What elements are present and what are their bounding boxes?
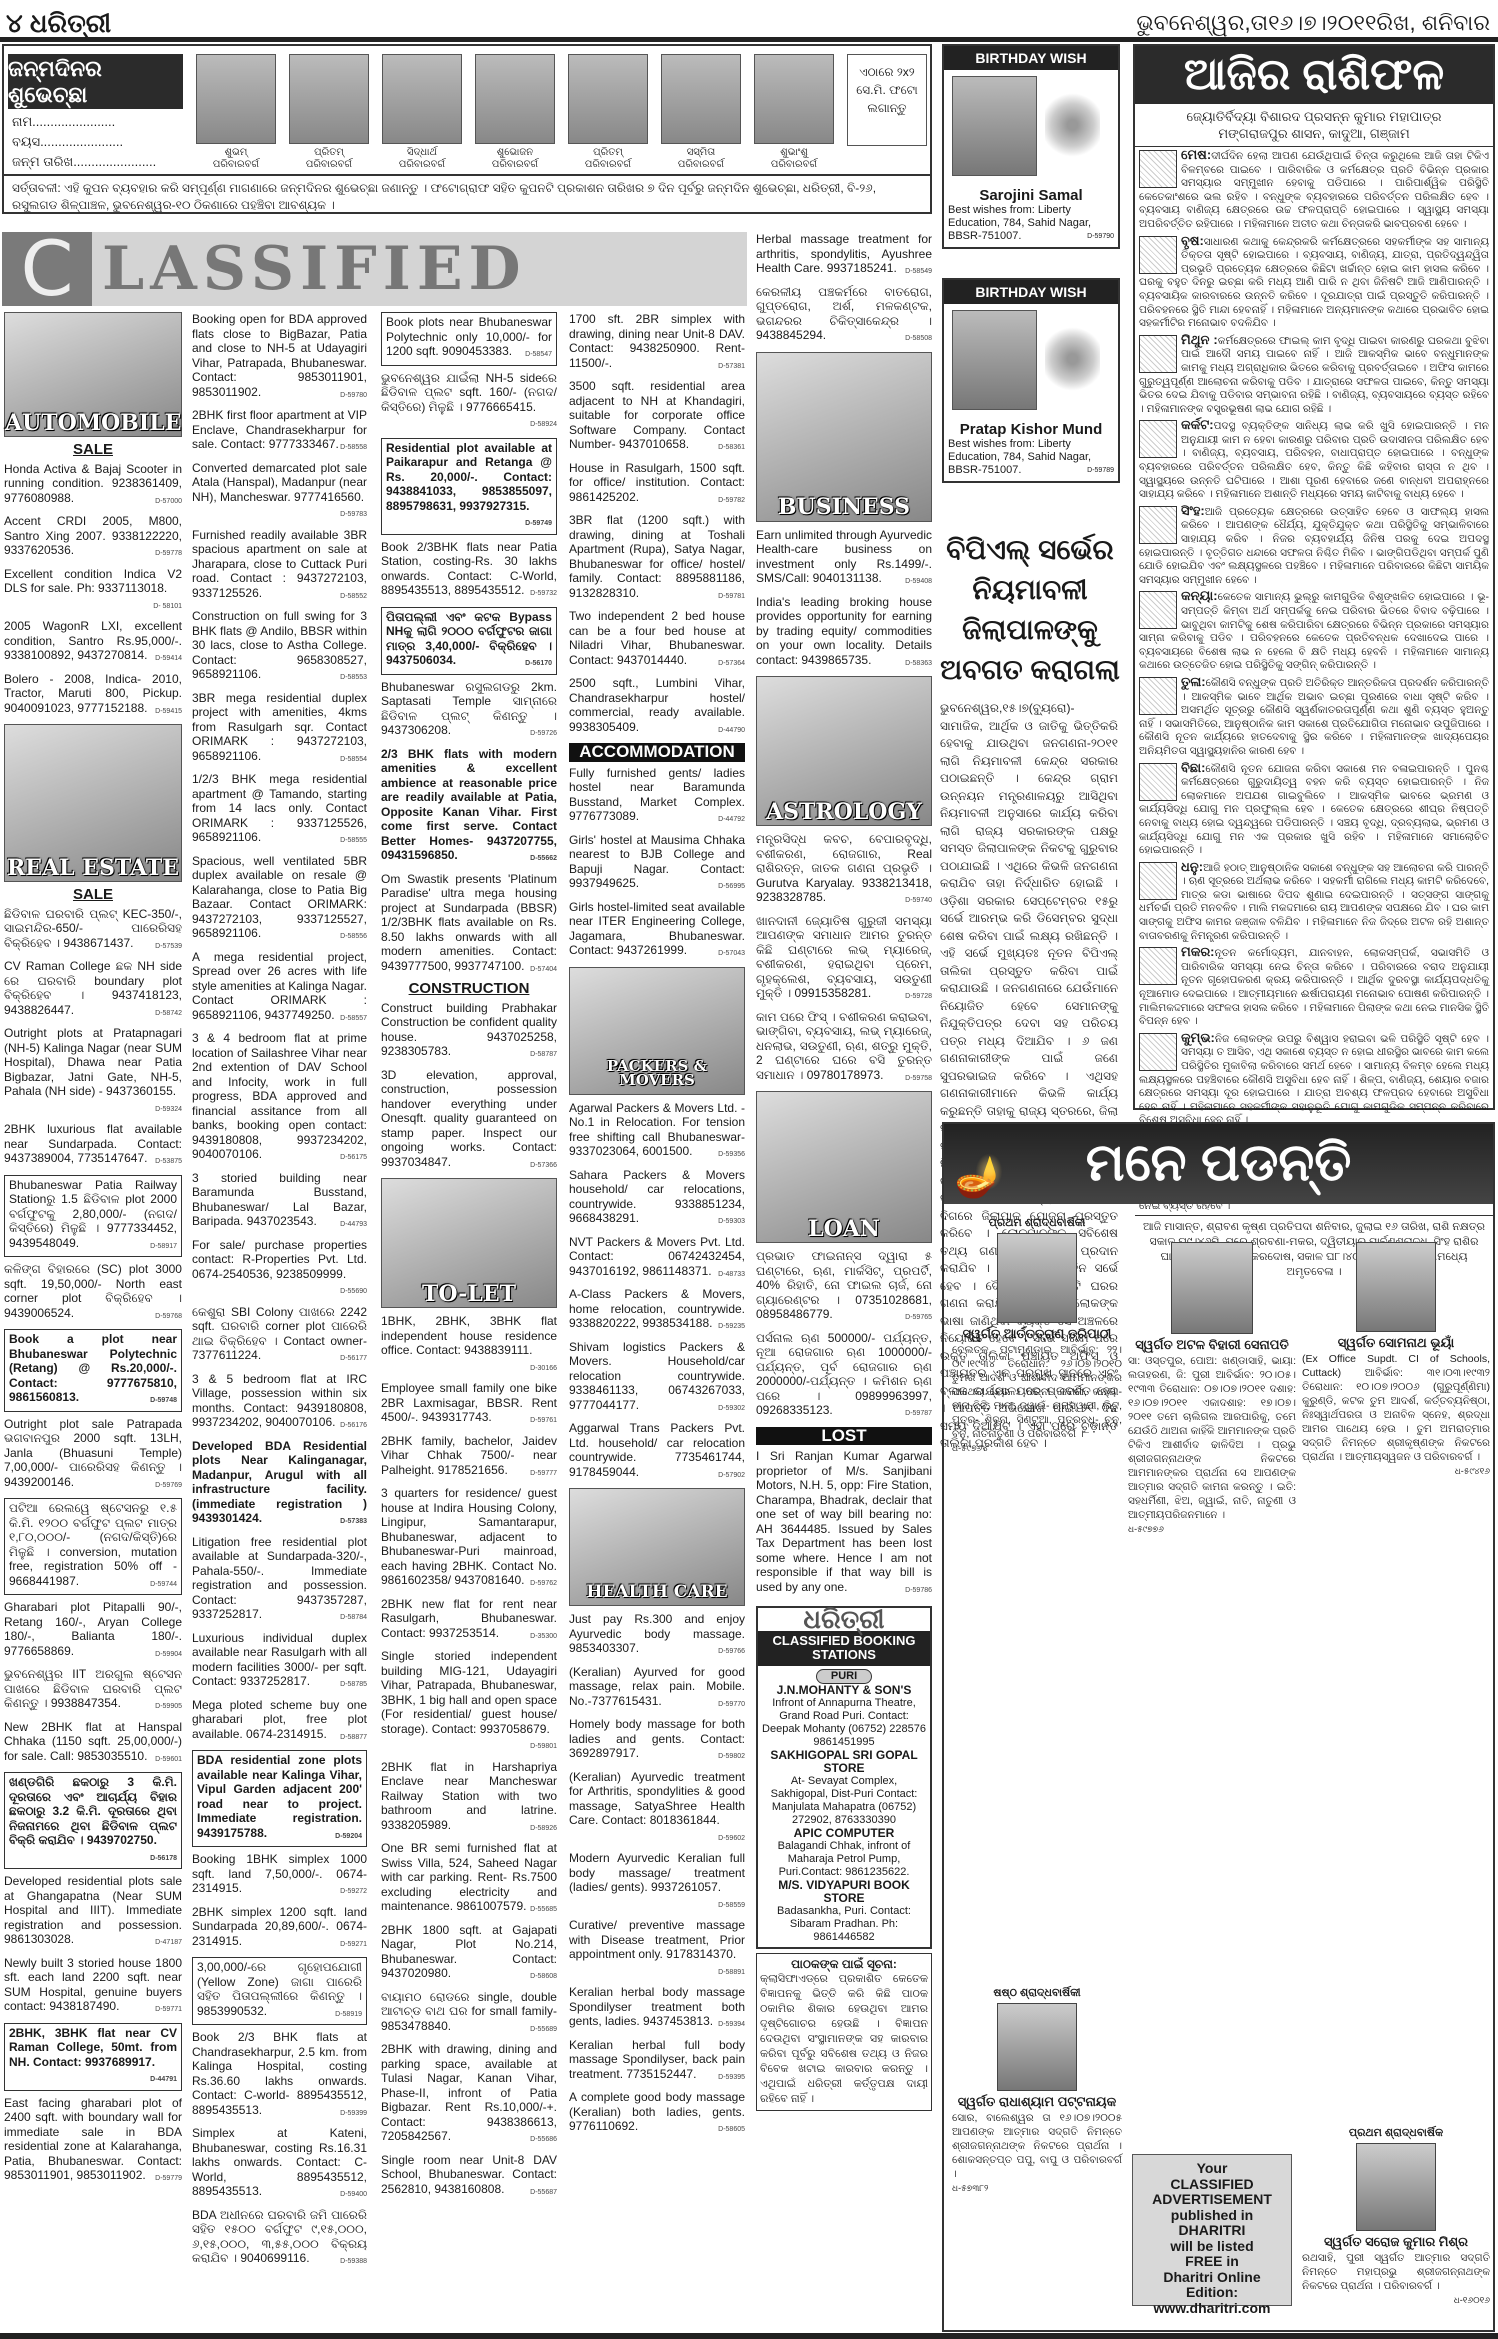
classified-ad: ପଟିଆ ରେଲୱେ ଷ୍ଟେସନରୁ ୧.୫ କି.ମି. ୧୨୦୦ ବର୍ଗ… xyxy=(4,1498,182,1595)
ad-text: Residential plot available at Paikarapur… xyxy=(386,441,552,513)
ad-code: D-59271 xyxy=(340,1938,367,1953)
classified-ad: Keralian herbal body massage Spondilyser… xyxy=(569,1985,745,2033)
ad-text: Curative/ preventive massage with Diseas… xyxy=(569,1918,745,1961)
ad-code: D-58557 xyxy=(340,1012,367,1027)
booking-stations: ଧରିତ୍ରୀ CLASSIFIED BOOKING STATIONS PURI… xyxy=(756,1606,932,1949)
classified-ad: Just pay Rs.300 and enjoy Ayurvedic body… xyxy=(569,1612,745,1660)
memorial-photo xyxy=(1356,1242,1436,1332)
classified-ad: India's leading broking house provides o… xyxy=(756,595,932,672)
kid-photo-img xyxy=(568,54,648,144)
classified-ad: ଭୁବନେଶ୍ୱର ଯାଇଁଲା NH-5 sideରେ ଛିଡିବାଳ ପ୍ଲ… xyxy=(381,371,557,433)
classified-ad: Homely body massage for both ladies and … xyxy=(569,1717,745,1765)
ad-code: D-55686 xyxy=(530,2133,557,2148)
classified-ad: 2BHK with drawing, dining and parking sp… xyxy=(381,2042,557,2148)
classified-ad: Single room near Unit-8 DAV School, Bhub… xyxy=(381,2153,557,2201)
ad-code: D-56175 xyxy=(340,1151,367,1166)
kid-photo-img xyxy=(754,54,834,144)
station-name: M/S. VIDYAPURI BOOK STORE xyxy=(761,1879,927,1905)
ad-code: D-56178 xyxy=(150,1852,177,1867)
classified-ad: One BR semi furnished flat at Swiss Vill… xyxy=(381,1841,557,1918)
banner-initial: C xyxy=(2,232,92,306)
classified-ad: (Keralian) Ayurvedic treatment for Arthr… xyxy=(569,1770,745,1847)
taurus-icon xyxy=(1139,236,1177,274)
ad-text: 3 & 4 bedroom flat at prime location of … xyxy=(192,1031,367,1161)
ad-code: D-55689 xyxy=(530,2023,557,2038)
kid-photo: ଶୁଭୋଜନପରିବାରବର୍ଗ xyxy=(475,54,555,171)
ad-code: D-35300 xyxy=(530,1630,557,1645)
ad-code: D-59905 xyxy=(155,1700,182,1715)
kid-photo-img xyxy=(475,54,555,144)
classified-ad: 3 quarters for residence/ guest house at… xyxy=(381,1486,557,1592)
ad-code: D-59732 xyxy=(530,587,557,602)
horoscope-sign: ତୁଳା:କୌଣସି ବନ୍ଧୁଙ୍କ ପ୍ରତି ଅତିରିକ୍ତ ଆନ୍ତର… xyxy=(1135,674,1493,760)
horoscope-sign: ବିଛା:କୌଣସି ନୂତନ ଯୋଜନା କରିବା ସକାଶେ ମନ ବଳା… xyxy=(1135,760,1493,859)
ad-code: D-59777 xyxy=(530,1467,557,1482)
ad-code: D-55690 xyxy=(340,1285,367,1300)
ad-code: D-58558 xyxy=(340,441,367,456)
promo-line: published in xyxy=(1133,2208,1291,2224)
column-accommodation: 1700 sft. 2BR simplex with drawing, dini… xyxy=(569,312,745,2143)
ad-code: D-59740 xyxy=(905,894,932,909)
ad-text: ଭୁବନେଶ୍ୱର ଯାଇଁଲା NH-5 sideରେ ଛିଡିବାଳ ପ୍ଲ… xyxy=(381,371,557,414)
kid-photo: ଶୁଭାଂଶୁପରିବାରବର୍ଗ xyxy=(754,54,834,171)
memorial-photo xyxy=(997,2003,1077,2091)
ad-code: D-59765 xyxy=(905,1311,932,1326)
classified-ad: ଭୁବନେଶ୍ୱର IIT ଅରଗୁଲ ଷ୍ଟେସନ ପାଖରେ ଛିଡିବାଳ… xyxy=(4,1667,182,1715)
ad-code: D-59395 xyxy=(718,2071,745,2086)
ad-code: D-58877 xyxy=(340,1731,367,1746)
birthday-coupon: ଜନ୍ମଦିନର ଶୁଭେଚ୍ଛା ନାମ...................… xyxy=(2,44,932,214)
ad-text: 2/3 BHK flats with modern amenities & ex… xyxy=(381,747,557,863)
horoscope-sign: ସିଂହ:ଆଜି ପ୍ରତ୍ୟେକ କ୍ଷେତ୍ରରେ ଉତ୍ସାହିତ ହେବ… xyxy=(1135,503,1493,589)
news-headline: ବିପିଏଲ୍ ସର୍ଭେର ନିୟମାବଳୀ ଜିଲାପାଳଙ୍କୁ ଅବଗତ… xyxy=(940,530,1120,690)
ad-code: D-55687 xyxy=(530,2186,557,2201)
classified-ad: Modern Ayurvedic Keralian full body mass… xyxy=(569,1851,745,1913)
ad-code: D-30166 xyxy=(530,1362,557,1377)
classified-ad: Bolero - 2008, Indica- 2010, Tractor, Ma… xyxy=(4,672,182,720)
ad-code: D-59394 xyxy=(718,2018,745,2033)
ad-code: D-59749 xyxy=(525,517,552,532)
classified-ad: A mega residential project, Spread over … xyxy=(192,950,367,1027)
online-edition-promo: YourCLASSIFIEDADVERTISEMENTpublished inD… xyxy=(1132,2154,1292,2306)
ad-code: D-59204 xyxy=(335,1830,362,1845)
ad-text: Outright plots at Pratapnagari (NH-5) Ka… xyxy=(4,1026,182,1098)
promo-line[interactable]: www.dharitri.com xyxy=(1133,2301,1291,2317)
astrologer-name: ଜ୍ୟୋତିର୍ବିଦ୍ୟା ବିଶାରଦ ପ୍ରସନ୍ନ କୁମାର ମହାପ… xyxy=(1135,108,1493,125)
ad-code: D-58553 xyxy=(340,671,367,686)
memorial-card: ସ୍ୱର୍ଗତ ସୋମନାଥ ଭୂୟାଁ (Ex Office Supdt. C… xyxy=(1302,1242,1490,1478)
station-name: APIC COMPUTER xyxy=(761,1827,927,1840)
ad-text: ଖାନଦାନୀ ଜ୍ୟୋତିଷ ଗୁରୁଜୀ ସମସ୍ୟା ଆପଣଙ୍କ ସମା… xyxy=(756,914,932,1001)
ad-code: D-58787 xyxy=(530,1048,557,1063)
section-heading-construction: CONSTRUCTION xyxy=(381,982,557,997)
ad-code: D-58784 xyxy=(340,1611,367,1626)
ad-code: D-58361 xyxy=(718,441,745,456)
ad-code: D-59769 xyxy=(155,1479,182,1494)
classified-ad: Litigation free residential plot availab… xyxy=(192,1535,367,1626)
horoscope-sign: କୁମ୍ଭ:ନିଜ ଲୋକଙ୍କ ଉପରୁ ବିଶ୍ୱାସ ହରାଇବା ଭଳି… xyxy=(1135,1030,1493,1129)
station-name: SAKHIGOPAL SRI GOPAL STORE xyxy=(761,1749,927,1775)
ad-code: D-59904 xyxy=(155,1648,182,1663)
classified-ad: Outright plots at Pratapnagari (NH-5) Ka… xyxy=(4,1026,182,1117)
ad-code: D-59782 xyxy=(718,494,745,509)
classified-ad: କଳିଙ୍ଗ ବିହାରରେ (SC) plot 3000 sqft. 19,5… xyxy=(4,1262,182,1324)
section-heading-sale: SALE xyxy=(4,443,182,458)
ad-code: D-58554 xyxy=(340,753,367,768)
classified-ad: Mega ploted scheme buy one gharabari plo… xyxy=(192,1698,367,1746)
horoscope-sign: ବୃଷ:ସାଧାରଣ କଥାକୁ କେନ୍ଦ୍ରକରି କର୍ମକ୍ଷେତ୍ରର… xyxy=(1135,233,1493,332)
ad-code: D-55685 xyxy=(530,1903,557,1918)
ad-code: D-58926 xyxy=(530,1822,557,1837)
ad-code: D-59761 xyxy=(530,1414,557,1429)
ad-text: Spacious, well ventilated 5BR duplex ava… xyxy=(192,854,367,941)
classified-ad: Honda Activa & Bajaj Scooter in running … xyxy=(4,462,182,510)
ad-code: D-47187 xyxy=(155,1936,182,1951)
to-let-image: TO-LET xyxy=(381,1178,557,1308)
coupon-title: ଜନ୍ମଦିନର ଶୁଭେଚ୍ଛା xyxy=(8,54,183,109)
kid-photo: ସସ୍ମିତାପରିବାରବର୍ଗ xyxy=(661,54,741,171)
classified-ad: 1700 sft. 2BR simplex with drawing, dini… xyxy=(569,312,745,374)
ad-text: ଖଣ୍ଡଗିରି ଛକଠାରୁ 3 କି.ମି. ଦୂରତାରେ ଏବଂ ଆଚା… xyxy=(9,1775,177,1847)
classified-ad: Excellent condition Indica V2 DLS for sa… xyxy=(4,567,182,615)
promo-line: ADVERTISEMENT xyxy=(1133,2192,1291,2208)
classified-ad: Developed BDA Residential plots Near Kal… xyxy=(192,1439,367,1530)
ad-code: D-59400 xyxy=(340,2188,367,2203)
packers-movers-image: PACKERS & MOVERS xyxy=(569,967,745,1095)
column-automobile-realestate: AUTOMOBILE SALE Honda Activa & Bajaj Sco… xyxy=(4,312,182,2192)
portrait-photo xyxy=(952,310,1037,410)
ad-code: D-59781 xyxy=(718,590,745,605)
aries-icon xyxy=(1139,150,1177,188)
ad-code: D-58549 xyxy=(905,265,932,280)
age-field: ବୟସ....................... xyxy=(12,134,123,150)
classified-ad: 1BHK, 2BHK, 3BHK flat independent house … xyxy=(381,1314,557,1376)
classified-ad: ମନ୍ତ୍ରସିଦ୍ଧ କବଚ, ବେପାରବୃଦ୍ଧି, ବଶୀକରଣ, ରୋ… xyxy=(756,832,932,909)
ad-code: D-57043 xyxy=(718,947,745,962)
kid-photo: ସିଦ୍ଧାର୍ଥପରିବାରବର୍ଗ xyxy=(382,54,462,171)
ad-text: Developed BDA Residential plots Near Kal… xyxy=(192,1439,367,1526)
ad-code: D-59758 xyxy=(905,1072,932,1087)
ad-text: 1BHK, 2BHK, 3BHK flat independent house … xyxy=(381,1314,557,1357)
classified-ad: Bhubaneswar ରସୁଲଗଡରୁ 2km. Saptasati Temp… xyxy=(381,680,557,742)
ad-code: D-59388 xyxy=(340,2255,367,2270)
photo-slot: ଏଠାରେ ୨x୨ ସେ.ମି. ଫଟୋ ଲଗାନ୍ତୁ xyxy=(847,54,927,146)
obituary-banner: 🪔 ମନେ ପଡନ୍ତି xyxy=(944,1124,1493,1204)
ad-code: D-57902 xyxy=(718,1469,745,1484)
gemini-icon xyxy=(1139,335,1177,373)
ad-code: D-58556 xyxy=(340,930,367,945)
ad-text: (Keralian) Ayurvedic treatment for Arthr… xyxy=(569,1770,745,1828)
classified-ad: Book 2/3BHK flats near Patia Station, co… xyxy=(381,540,557,602)
classified-ad: 1/2/3 BHK mega residential apartment @ T… xyxy=(192,772,367,849)
ad-code: D-58917 xyxy=(150,1240,177,1255)
promo-line: DHARITRI xyxy=(1133,2223,1291,2239)
classified-ad: Herbal massage treatment for arthritis, … xyxy=(756,232,932,280)
kid-photo: ପ୍ରିତମ୍ପରିବାରବର୍ଗ xyxy=(568,54,648,171)
classified-ad: Luxurious individual duplex available ne… xyxy=(192,1631,367,1693)
memorial-photo xyxy=(1356,2143,1436,2231)
header-rule xyxy=(0,37,1498,42)
ad-code: D-59399 xyxy=(340,2107,367,2122)
classified-ad: Agarwal Packers & Movers Ltd. - No.1 in … xyxy=(569,1101,745,1163)
ad-code: D-58919 xyxy=(335,2008,362,2023)
classified-ad: A complete good body massage (Keralian) … xyxy=(569,2090,745,2138)
classified-ad: 2BHK, 3BHK flat near CV Raman College, 5… xyxy=(4,2023,182,2091)
ad-code: D-59324 xyxy=(155,1103,182,1118)
classified-ad: A-Class Packers & Movers, home relocatio… xyxy=(569,1287,745,1335)
ad-code: D-59802 xyxy=(718,1750,745,1765)
classified-ad: BDA ଅଧୀନରେ ଘରବାରି ଜମି ପାରେରି ସହିତ ୧୫୦୦ ବ… xyxy=(192,2208,367,2270)
memorial-card: ପ୍ରଥମ ଶ୍ରାଦ୍ଧବାର୍ଷିକୀ ସ୍ୱର୍ଗତ ଆର୍ତ୍ତତ୍ରା… xyxy=(952,1216,1122,1455)
ad-code: D-57383 xyxy=(340,1515,367,1530)
classified-ad: Earn unlimited through Ayurvedic Health-… xyxy=(756,528,932,590)
ad-code: D-59744 xyxy=(150,1578,177,1593)
classified-ad: Fully furnished gents/ ladies hostel nea… xyxy=(569,766,745,828)
ad-code: D- 58101 xyxy=(153,600,182,615)
classified-ad: Girls hostel-limited seat available near… xyxy=(569,900,745,962)
ad-code: D-57000 xyxy=(155,495,182,510)
ad-text: 3 quarters for residence/ guest house at… xyxy=(381,1486,557,1587)
ad-text: ପଟିଆ ରେଲୱେ ଷ୍ଟେସନରୁ ୧.୫ କି.ମି. ୧୨୦୦ ବର୍ଗ… xyxy=(9,1501,177,1588)
capricorn-icon xyxy=(1139,947,1177,985)
ad-code: D-57381 xyxy=(718,360,745,375)
classified-ad: 2005 WagonR LXI, excellent condition, Sa… xyxy=(4,619,182,667)
ad-code: D-57366 xyxy=(530,1159,557,1174)
classified-ad: Booking open for BDA approved flats clos… xyxy=(192,312,367,403)
classified-ad: Curative/ preventive massage with Diseas… xyxy=(569,1918,745,1980)
ad-code: D-59770 xyxy=(718,1698,745,1713)
section-heading-sale: SALE xyxy=(4,888,182,903)
classified-ad: କେଶୁରା SBI Colony ପାଖରେ 2242 sqft. ଘରବାର… xyxy=(192,1305,367,1367)
ad-code: D-58559 xyxy=(718,1899,745,1914)
lost-notice: I Sri Ranjan Kumar Agarwal proprietor of… xyxy=(756,1449,932,1598)
classified-ad: Employee small family one bike 2BR Laxmi… xyxy=(381,1381,557,1429)
ad-code: D-59728 xyxy=(905,990,932,1005)
scorpio-icon xyxy=(1139,763,1177,801)
memorial-card: ସ୍ୱର୍ଗତ ଅଟଳ ବିହାରୀ ସେନାପତି ସା: ଓସ୍ତପୁର, … xyxy=(1128,1242,1296,1536)
ad-code: D-59414 xyxy=(155,652,182,667)
classified-ad: BDA residential zone plots available nea… xyxy=(192,1750,367,1847)
ad-code: D-57539 xyxy=(155,940,182,955)
classified-ad: Furnished readily available 3BR spacious… xyxy=(192,528,367,605)
classified-ad: 2BHK first floor apartment at VIP Enclav… xyxy=(192,408,367,456)
classified-ad: Construct building Prabhakar Constructio… xyxy=(381,1001,557,1063)
horoscope-sign: ମେଷ:ଦୀର୍ଘଦିନ ହେଲା ଆପଣ ଯେଉଁଥିପାଇଁ ଚିନ୍ତା … xyxy=(1135,147,1493,233)
classified-ad: Keralian herbal full body massage Spondi… xyxy=(569,2038,745,2086)
classified-ad: 2BHK flat in Harshapriya Enclave near Ma… xyxy=(381,1760,557,1837)
classified-ad: ପର୍ସନାଲ ଋଣ 500000/- ପର୍ଯ୍ୟନ୍ତ, ନୂଆ ରୋଜଗା… xyxy=(756,1331,932,1422)
libra-icon xyxy=(1139,677,1177,715)
dob-field: ଜନ୍ମ ତାରିଖ....................... xyxy=(12,154,156,170)
classified-ad: Developed residential plots sale at Ghan… xyxy=(4,1874,182,1951)
classified-ad: 3 & 4 bedroom flat at prime location of … xyxy=(192,1031,367,1166)
ad-code: D-58891 xyxy=(718,1966,745,1981)
station-detail: Badasankha, Puri. Contact: Sibaram Pradh… xyxy=(761,1905,927,1944)
ad-text: Converted demarcated plot sale Atala (Ha… xyxy=(192,461,367,504)
ad-code: D-59748 xyxy=(150,1394,177,1409)
classified-ad: Newly built 3 storied house 1800 sft. ea… xyxy=(4,1956,182,2018)
dharitri-logo: ଧରିତ୍ରୀ xyxy=(758,1608,930,1631)
ad-code: D-48733 xyxy=(718,1268,745,1283)
classified-ad: Sahara Packers & Movers household/ car r… xyxy=(569,1168,745,1230)
business-image: BUSINESS xyxy=(756,352,932,522)
ad-code: D-59766 xyxy=(718,1645,745,1660)
ad-text: 3BR flat (1200 sqft.) with drawing, dini… xyxy=(569,513,745,600)
classified-ad: Single storied independent building MIG-… xyxy=(381,1649,557,1755)
classified-ad: Accent CRDI 2005, M800, Santro Xing 2007… xyxy=(4,514,182,562)
classified-ad: Book plots near Bhubaneswar Polytechnic … xyxy=(381,312,557,366)
classified-ad: Construction on full swing for 3 BHK fla… xyxy=(192,609,367,686)
classified-ad: NVT Packers & Movers Pvt. Ltd. Contact: … xyxy=(569,1235,745,1283)
ad-text: 3D elevation, approval, construction, po… xyxy=(381,1068,557,1169)
classified-ad: Om Swastik presents 'Platinum Paradise' … xyxy=(381,872,557,978)
classified-ad: Gharabari plot Pitapalli 90/-, Retang 16… xyxy=(4,1600,182,1662)
promo-line: will be listed xyxy=(1133,2239,1291,2255)
sagittarius-icon xyxy=(1139,862,1177,900)
ad-code: D-44793 xyxy=(340,1218,367,1233)
flower-icon xyxy=(1045,314,1100,404)
memorial-photo xyxy=(997,1233,1077,1323)
ad-text: ପର୍ସନାଲ ଋଣ 500000/- ପର୍ଯ୍ୟନ୍ତ, ନୂଆ ରୋଜଗା… xyxy=(756,1331,932,1418)
classified-ad: Booking 1BHK simplex 1000 sqft. land 7,5… xyxy=(192,1852,367,1900)
ad-text: For sale/ purchase properties contact: R… xyxy=(192,1238,367,1281)
lamp-icon: 🪔 xyxy=(954,1138,1004,1216)
horoscope-title: ଆଜିର ରାଶିଫଳ xyxy=(1135,46,1493,104)
ad-code: D-59771 xyxy=(155,2003,182,2018)
horoscope-sign: କର୍କଟ:ପଦସ୍ଥ ବ୍ୟକ୍ତିଙ୍କ ସାନିଧ୍ୟ ଲାଭ କରି ଖ… xyxy=(1135,417,1493,503)
page-label: ୪ ଧରିତ୍ରୀ xyxy=(6,8,111,40)
ad-text: Single storied independent building MIG-… xyxy=(381,1649,557,1736)
classified-ad: House in Rasulgarh, 1500 sqft. for offic… xyxy=(569,461,745,509)
ad-code: D-53875 xyxy=(155,1155,182,1170)
ad-code: D-59302 xyxy=(718,1402,745,1417)
ad-code: D-58924 xyxy=(530,418,557,433)
classified-ad: For sale/ purchase properties contact: R… xyxy=(192,1238,367,1300)
ad-code: D-57404 xyxy=(530,963,557,978)
classified-ad: ଛିଡିବାଳ ଘରବାରି ପ୍ଲଟ୍ KEC-350/-, ସାଇମନ୍ଦି… xyxy=(4,907,182,955)
ad-text: Book 2/3 BHK flats at Chandrasekharpur, … xyxy=(192,2030,367,2117)
ad-code: D-59783 xyxy=(340,508,367,523)
classified-ad: 2BHK simplex 1200 sqft. land Sundarpada … xyxy=(192,1905,367,1953)
memorial-card: ଷଷ୍ଠ ଶ୍ରାଦ୍ଧବାର୍ଷିକୀ ସ୍ୱର୍ଗତ ରାଧାଶ୍ୟାମ ପ… xyxy=(952,1986,1122,2195)
ad-code: D-59787 xyxy=(905,1407,932,1422)
loan-image: LOAN xyxy=(756,1091,932,1243)
classified-ad: 2BHK family, bachelor, Jaidev Vihar Chha… xyxy=(381,1434,557,1482)
station-detail: Balagandi Chhak, infront of Maharaja Pet… xyxy=(761,1840,927,1879)
ad-code: D-44790 xyxy=(718,724,745,739)
booking-title: CLASSIFIED BOOKING STATIONS xyxy=(758,1631,930,1666)
ad-code: D-59801 xyxy=(530,1740,557,1755)
ad-text: East facing gharabari plot of 2400 sqft.… xyxy=(4,2096,182,2183)
ad-text: Booking open for BDA approved flats clos… xyxy=(192,312,367,399)
classified-ad: 2BHK luxurious flat available near Sunda… xyxy=(4,1122,182,1170)
virgo-icon xyxy=(1139,591,1177,629)
ad-code: D-59415 xyxy=(155,705,182,720)
horoscope-sign: ମକର:ନୂତନ କର୍ମୋଦ୍ୟମ, ଯାନବାହନ, ଲୋକସମ୍ପର୍କ,… xyxy=(1135,944,1493,1030)
station-detail: Infront of Annapurna Theatre, Grand Road… xyxy=(761,1697,927,1749)
classified-ad: 3 storied building near Baramunda Bussta… xyxy=(192,1171,367,1233)
ad-code: D-58363 xyxy=(905,657,932,672)
classified-ad: Girls' hostel at Mausima Chhaka nearest … xyxy=(569,833,745,895)
promo-line: CLASSIFIED xyxy=(1133,2177,1291,2193)
promo-line: Your xyxy=(1133,2161,1291,2177)
ad-code: D-56177 xyxy=(340,1352,367,1367)
ad-text: Om Swastik presents 'Platinum Paradise' … xyxy=(381,872,557,973)
ad-code: D-59768 xyxy=(155,1310,182,1325)
flower-icon xyxy=(1045,80,1100,170)
classified-ad: East facing gharabari plot of 2400 sqft.… xyxy=(4,2096,182,2187)
ad-code: D-58552 xyxy=(340,590,367,605)
section-heading-lost: LOST xyxy=(756,1427,932,1446)
birthday-wish-card: BIRTHDAY WISH Pratap Kishor Mund Best wi… xyxy=(942,278,1120,483)
kid-photo-img xyxy=(289,54,369,144)
ad-code: D-44791 xyxy=(150,2073,177,2088)
ad-code: D-59602 xyxy=(718,1832,745,1847)
ad-code: D-58785 xyxy=(340,1678,367,1693)
ad-code: D-56995 xyxy=(718,880,745,895)
classified-ad: 2BHK 1800 sqft. at Gajapati Nagar, Plot … xyxy=(381,1923,557,1985)
horoscope-panel: ଆଜିର ରାଶିଫଳ ଜ୍ୟୋତିର୍ବିଦ୍ୟା ବିଶାରଦ ପ୍ରସନ୍… xyxy=(1133,44,1495,1110)
astrology-image: ASTROLOGY xyxy=(756,676,932,826)
ad-text: Excellent condition Indica V2 DLS for sa… xyxy=(4,567,182,596)
classified-ad: Two independent 2 bed house can be a fou… xyxy=(569,609,745,671)
ad-code: D-58608 xyxy=(530,1970,557,1985)
classified-ad: ପ୍ରଭାତ ଫାଇନାନ୍ସ ଦ୍ୱାରା ୫ ଘଣ୍ଟାରେ, ଋଣ, ମା… xyxy=(756,1249,932,1326)
ad-code: D-59726 xyxy=(530,727,557,742)
station-detail: At- Sevayat Complex, Sakhigopal, Dist-Pu… xyxy=(761,1775,927,1827)
classified-ad: Residential plot available at Paikarapur… xyxy=(381,438,557,535)
ad-code: D-59408 xyxy=(905,575,932,590)
classified-ad: 2BHK new flat for rent near Rasulgarh, B… xyxy=(381,1597,557,1645)
ad-code: D-56170 xyxy=(525,657,552,672)
name-field: ନାମ....................... xyxy=(12,114,115,130)
classified-ad: Converted demarcated plot sale Atala (Ha… xyxy=(192,461,367,523)
classified-ad: କେରଳୀୟ ପଞ୍ଚକର୍ମରେ ବାତରୋଗ, ଗୁପ୍ତରୋଗ, ଅର୍ଶ… xyxy=(756,285,932,347)
ad-code: D-59762 xyxy=(530,1577,557,1592)
ad-code: D-59778 xyxy=(155,547,182,562)
ad-code: D-58547 xyxy=(525,348,552,363)
ad-code: D-59303 xyxy=(718,1215,745,1230)
classified-ad: Outright plot sale Patrapada ଭଗବାନପୁର 20… xyxy=(4,1417,182,1494)
classified-ad: Shivam logistics Packers & Movers. House… xyxy=(569,1340,745,1417)
ad-text: 2BHK with drawing, dining and parking sp… xyxy=(381,2042,557,2143)
horoscope-sign: କନ୍ୟା:କେତେକ ସାମାନ୍ୟ ଭୁଲ୍‌ରୁ କାମଗୁଡିକ ବିଶ… xyxy=(1135,588,1493,674)
ad-text: BDA residential zone plots available nea… xyxy=(197,1753,362,1840)
horoscope-sign: ମିଥୁନ :କର୍ମକ୍ଷେତ୍ରରେ ଫାଇଲ୍ କାମ ବୃଦ୍ଧି ପା… xyxy=(1135,332,1493,418)
portrait-photo xyxy=(952,76,1037,176)
real-estate-image: REAL ESTATE xyxy=(4,724,182,882)
classified-ad: Spacious, well ventilated 5BR duplex ava… xyxy=(192,854,367,945)
classified-ad: CV Raman College ଛକ NH side ରେ ଘରବାରି bo… xyxy=(4,959,182,1021)
horoscope-sign: ଧନୁ:ଆଜି ହଠାତ୍ ଆନୁଷ୍ଠାନିକ ସକାଶେ ବନ୍ଧୁଙ୍କ … xyxy=(1135,859,1493,945)
banner-text: LASSIFIED xyxy=(102,234,527,304)
classified-ad: (Keralian) Ayurved for good massage, rel… xyxy=(569,1665,745,1713)
coupon-terms: ସର୍ତ୍ତାବଳୀ: ଏହି କୁପନ ବ୍ୟବହାର କରି ସମ୍ପୂର୍… xyxy=(4,174,930,218)
ad-code: D-58605 xyxy=(718,2123,745,2138)
ad-code: D-44792 xyxy=(718,813,745,828)
station-name: J.N.MOHANTY & SON'S xyxy=(761,1684,927,1697)
promo-line: Edition: xyxy=(1133,2285,1291,2301)
ad-code: D-58742 xyxy=(155,1007,182,1022)
kid-photo-img xyxy=(382,54,462,144)
ad-code: D-59356 xyxy=(718,1148,745,1163)
ad-code: D-59272 xyxy=(340,1885,367,1900)
classified-ad: 3BR mega residential duplex project with… xyxy=(192,691,367,768)
ad-text: 2BHK, 3BHK flat near CV Raman College, 5… xyxy=(9,2026,177,2069)
dateline: ଭୁବନେଶ୍ୱର,ତା୧୬।୭।୨୦୧୧ରିଖ, ଶନିବାର xyxy=(1136,10,1490,36)
footer-rule xyxy=(0,2333,1498,2339)
ad-code: D-59601 xyxy=(155,1753,182,1768)
